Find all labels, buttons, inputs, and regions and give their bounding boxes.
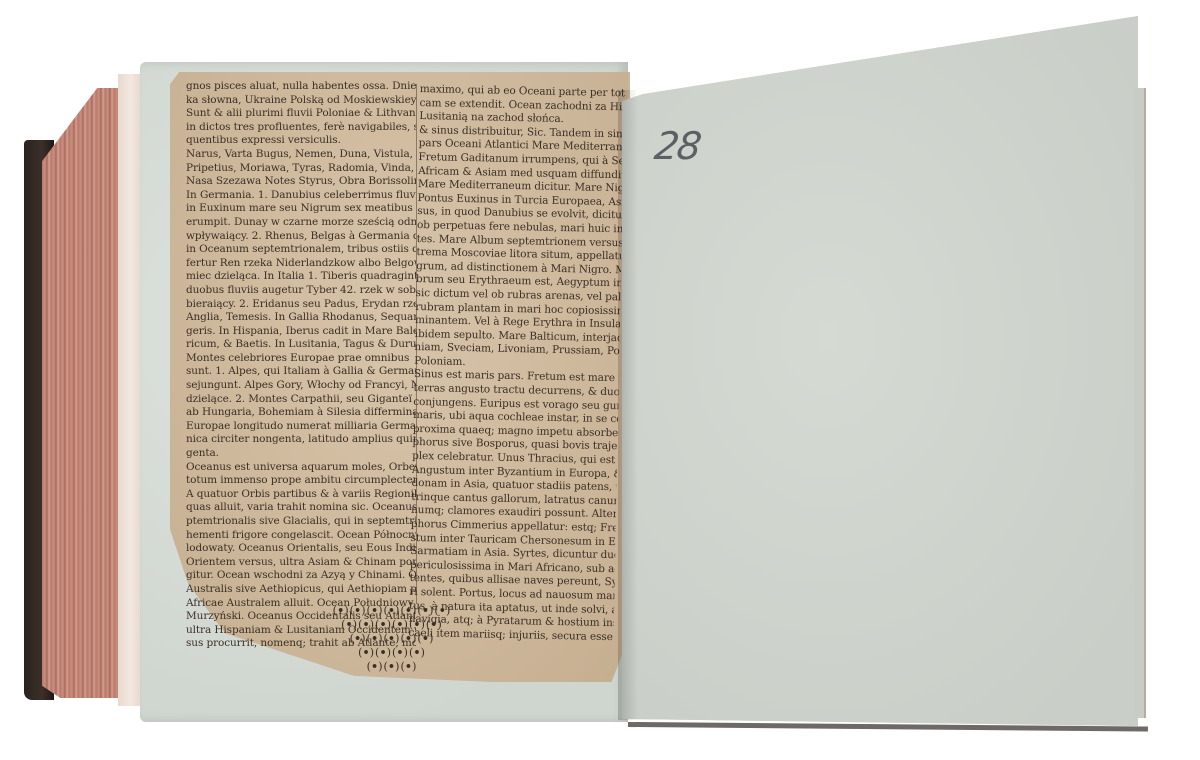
text-line: gitur. Ocean wschodni za Azyą y Chinami.… [186,569,416,583]
text-line: erumpit. Dunay w czarne morze sześcią od… [186,216,416,230]
text-line: wpływaiący. 2. Rhenus, Belgas à Germania… [186,230,416,244]
text-line: in Oceanum septemtrionalem, tribus ostii… [186,243,416,257]
text-line: sunt. 1. Alpes, qui Italiam à Gallia & G… [186,365,416,379]
ornament-row: (ꔷ)(ꔷ)(ꔷ)(ꔷ) [262,646,522,660]
text-line: sejungunt. Alpes Gory, Włochy od Francyi… [186,379,416,393]
text-line: fertur Ren rzeka Niderlandzkow albo Belg… [186,257,416,271]
ornament-row: (ꔷ)(ꔷ)(ꔷ) [262,660,522,674]
text-line: Nasa Szezawa Notes Styrus, Obra Borissol… [186,175,416,189]
fragment-left-column: gnos pisces aluat, nulla habentes ossa. … [186,80,416,651]
handwritten-page-number: 28 [652,124,703,168]
text-line: dzielące. 2. Montes Carpathii, seu Gigan… [186,393,416,407]
text-line: quas alluit, varia trahit nomina sic. Oc… [186,501,416,515]
text-line: lodowaty. Oceanus Orientalis, seu Eous I… [186,542,416,556]
text-line: Oceanus est universa aquarum moles, Orbe… [186,461,416,475]
text-line: duobus fluviis augetur Tyber 42. rzek w … [186,284,416,298]
text-line: Anglia, Temesis. In Gallia Rhodanus, Seq… [186,311,416,325]
text-line: In Germania. 1. Danubius celeberrimus fl… [186,189,416,203]
text-line: ab Hungaria, Bohemiam à Silesia differmi… [186,406,416,420]
ornament-row: (ꔷ)(ꔷ)(ꔷ)(ꔷ)(ꔷ)(ꔷ) [262,618,522,632]
text-line: miec dzieląca. In Italia 1. Tiberis quad… [186,270,416,284]
text-line: A quatuor Orbis partibus & à variis Regi… [186,488,416,502]
text-line: quentibus expressi versiculis. [186,134,416,148]
text-line: geris. In Hispania, Iberus cadit in Mare… [186,325,416,339]
text-line: Sunt & alii plurimi fluvii Poloniae & Li… [186,107,416,121]
text-line: in Euxinum mare seu Nigrum sex meatibus [186,202,416,216]
book-gutter [618,90,638,720]
text-line: Narus, Varta Bugus, Nemen, Duna, Vistula… [186,148,416,162]
text-line: Europae longitudo numerat milliaria Germ… [186,420,416,434]
text-line: Montes celebriores Europae prae omnibus [186,352,416,366]
text-line: ptemtrionalis sive Glacialis, qui in sep… [186,515,416,529]
right-page-edge [1134,88,1146,718]
text-line: nica circiter nongenta, latitudo amplius… [186,433,416,447]
text-line: totum immenso prope ambitu circumplecten… [186,474,416,488]
printer-ornament: (ꔷ)(ꔷ)(ꔷ)(ꔷ)(ꔷ)(ꔷ)(ꔷ)(ꔷ)(ꔷ)(ꔷ)(ꔷ)(ꔷ)(ꔷ)(… [262,604,522,674]
text-line: Pripetius, Moriawa, Tyras, Radomia, Vind… [186,162,416,176]
right-page [622,16,1138,726]
text-line: bieraiący. 2. Eridanus seu Padus, Erydan… [186,298,416,312]
text-line: Orientem versus, ultra Asiam & Chinam po… [186,556,416,570]
text-line: hementi frigore congelascit. Ocean Półno… [186,529,416,543]
text-line: ka słowna, Ukraine Polską od Moskiewskie… [186,94,416,108]
fragment-right-column: maximo, qui ab eo Oceani parte per totam… [408,83,625,645]
ornament-row: (ꔷ)(ꔷ)(ꔷ)(ꔷ)(ꔷ)(ꔷ)(ꔷ) [262,604,522,618]
text-line: ricum, & Baetis. In Lusitania, Tagus & D… [186,338,416,352]
ornament-row: (ꔷ)(ꔷ)(ꔷ)(ꔷ)(ꔷ) [262,632,522,646]
text-line: Australis sive Aethiopicus, qui Aethiopi… [186,583,416,597]
text-line: in dictos tres profluentes, ferè navigab… [186,121,416,135]
text-line: gnos pisces aluat, nulla habentes ossa. … [186,80,416,94]
text-line: genta. [186,447,416,461]
